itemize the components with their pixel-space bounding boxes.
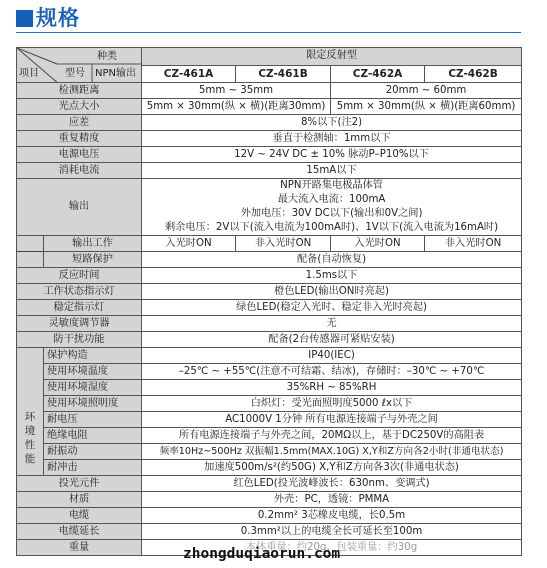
row-label: 重复精度 bbox=[17, 131, 142, 147]
row-value: –25℃ ~ +55℃(注意不可结霜、结冰)，存储时：–30℃ ~ +70℃ bbox=[142, 364, 522, 380]
row-cable: 电缆 0.2mm² 3芯橡皮电缆，长0.5m bbox=[17, 508, 522, 524]
row-value: 8%以下(注2) bbox=[142, 115, 522, 131]
row-value: 白炽灯：受光面照明度5000 ℓx以下 bbox=[142, 396, 522, 412]
row-value: 垂直于检测轴：1mm以下 bbox=[142, 131, 522, 147]
row-env-humidity: 使用环境湿度 35%RH ~ 85%RH bbox=[17, 380, 522, 396]
model-label: 型号 bbox=[65, 67, 85, 81]
row-label: 耐电压 bbox=[44, 412, 142, 428]
row-short-protection: 短路保护 配备(自动恢复) bbox=[17, 252, 522, 268]
row-label: 电源电压 bbox=[17, 147, 142, 163]
row-value: 无 bbox=[142, 316, 522, 332]
watermark-text: zhongduqiaorun.com bbox=[183, 546, 340, 562]
row-value: 配备(2台传感器可紧贴安装) bbox=[142, 332, 522, 348]
row-output: 输出 NPN开路集电极晶体管 最大流入电流：100mA 外加电压：30V DC以… bbox=[17, 179, 522, 236]
row-value: 红色LED(投光波峰波长：630nm、变调式) bbox=[142, 476, 522, 492]
output-group-spacer bbox=[17, 236, 44, 252]
row-value: 12V ~ 24V DC ± 10% 脉动P–P10%以下 bbox=[142, 147, 522, 163]
model-cz-461a: CZ-461A bbox=[142, 65, 236, 83]
row-label: 电缆延长 bbox=[17, 524, 142, 540]
row-label: 耐冲击 bbox=[44, 460, 142, 476]
output-line: 外加电压：30V DC以下(输出和0V之间) bbox=[144, 207, 519, 221]
row-env-vibration: 耐振动 频率10Hz~500Hz 双振幅1.5mm(MAX.10G) X,Y和Z… bbox=[17, 444, 522, 460]
row-value: 绿色LED(稳定入光时、稳定非入光时亮起) bbox=[142, 300, 522, 316]
row-label: 保护构造 bbox=[44, 348, 142, 364]
row-value: 20mm ~ 60mm bbox=[331, 83, 522, 99]
row-value: 非入光时ON bbox=[425, 236, 522, 252]
row-label: 灵敏度调节器 bbox=[17, 316, 142, 332]
row-material: 材质 外壳：PC，透镜：PMMA bbox=[17, 492, 522, 508]
env-char: 能 bbox=[19, 452, 41, 466]
row-env-shock: 耐冲击 加速度500m/s²(约50G) X,Y和Z方向各3次(非通电状态) bbox=[17, 460, 522, 476]
row-label: 电缆 bbox=[17, 508, 142, 524]
row-value: 入光时ON bbox=[142, 236, 236, 252]
row-value: 外壳：PC，透镜：PMMA bbox=[142, 492, 522, 508]
row-status-indicator: 工作状态指示灯 橙色LED(输出ON时亮起) bbox=[17, 284, 522, 300]
row-label: 短路保护 bbox=[44, 252, 142, 268]
row-label: 防干扰功能 bbox=[17, 332, 142, 348]
row-label: 输出 bbox=[17, 179, 142, 236]
row-value: IP40(IEC) bbox=[142, 348, 522, 364]
kind-value: 限定反射型 bbox=[142, 48, 522, 66]
row-sensitivity: 灵敏度调节器 无 bbox=[17, 316, 522, 332]
section-title-text: 规格 bbox=[36, 2, 80, 32]
row-value: 非入光时ON bbox=[236, 236, 331, 252]
env-char: 境 bbox=[19, 424, 41, 438]
row-value: 加速度500m/s²(约50G) X,Y和Z方向各3次(非通电状态) bbox=[142, 460, 522, 476]
row-interference: 防干扰功能 配备(2台传感器可紧贴安装) bbox=[17, 332, 522, 348]
row-value: 5mm × 30mm(纵 × 横)(距离30mm) bbox=[142, 99, 331, 115]
row-detect-distance: 检测距离 5mm ~ 35mm 20mm ~ 60mm bbox=[17, 83, 522, 99]
row-value: 15mA以下 bbox=[142, 163, 522, 179]
row-label: 光点大小 bbox=[17, 99, 142, 115]
row-value: 入光时ON bbox=[331, 236, 425, 252]
row-label: 使用环境温度 bbox=[44, 364, 142, 380]
row-env-withstand-voltage: 耐电压 AC1000V 1分钟 所有电源连接端子与外壳之间 bbox=[17, 412, 522, 428]
row-label: 绝缘电阻 bbox=[44, 428, 142, 444]
row-current: 消耗电流 15mA以下 bbox=[17, 163, 522, 179]
row-hysteresis: 应差 8%以下(注2) bbox=[17, 115, 522, 131]
row-env-insulation: 绝缘电阻 所有电源连接端子与外壳之间，20MΩ以上，基于DC250V的高阻表 bbox=[17, 428, 522, 444]
row-label: 消耗电流 bbox=[17, 163, 142, 179]
npn-output-label: NPN输出 bbox=[95, 67, 136, 81]
row-value: 35%RH ~ 85%RH bbox=[142, 380, 522, 396]
output-description: NPN开路集电极晶体管 最大流入电流：100mA 外加电压：30V DC以下(输… bbox=[142, 179, 522, 236]
env-char: 环 bbox=[19, 410, 41, 424]
env-char: 性 bbox=[19, 438, 41, 452]
row-repeatability: 重复精度 垂直于检测轴：1mm以下 bbox=[17, 131, 522, 147]
row-supply-voltage: 电源电压 12V ~ 24V DC ± 10% 脉动P–P10%以下 bbox=[17, 147, 522, 163]
output-group-spacer bbox=[17, 252, 44, 268]
row-cable-extension: 电缆延长 0.3mm²以上的电缆全长可延长至100m bbox=[17, 524, 522, 540]
item-label: 项目 bbox=[19, 67, 39, 81]
row-output-operation: 输出工作 入光时ON 非入光时ON 入光时ON 非入光时ON bbox=[17, 236, 522, 252]
row-label: 使用环境照明度 bbox=[44, 396, 142, 412]
row-value: 5mm ~ 35mm bbox=[142, 83, 331, 99]
row-value: 橙色LED(输出ON时亮起) bbox=[142, 284, 522, 300]
output-line: 最大流入电流：100mA bbox=[144, 193, 519, 207]
kind-label: 种类 bbox=[97, 50, 117, 64]
row-emitter: 投光元件 红色LED(投光波峰波长：630nm、变调式) bbox=[17, 476, 522, 492]
row-value: 1.5ms以下 bbox=[142, 268, 522, 284]
row-env-temperature: 使用环境温度 –25℃ ~ +55℃(注意不可结霜、结冰)，存储时：–30℃ ~… bbox=[17, 364, 522, 380]
output-line: NPN开路集电极晶体管 bbox=[144, 179, 519, 193]
row-label: 工作状态指示灯 bbox=[17, 284, 142, 300]
row-response-time: 反应时间 1.5ms以下 bbox=[17, 268, 522, 284]
environment-group-label: 环 境 性 能 bbox=[17, 348, 44, 476]
row-env-protection: 环 境 性 能 保护构造 IP40(IEC) bbox=[17, 348, 522, 364]
row-value: 频率10Hz~500Hz 双振幅1.5mm(MAX.10G) X,Y和Z方向各2… bbox=[142, 444, 522, 460]
row-value: AC1000V 1分钟 所有电源连接端子与外壳之间 bbox=[142, 412, 522, 428]
row-label: 检测距离 bbox=[17, 83, 142, 99]
spec-table: 种类 项目 型号 NPN输出 限定反射型 CZ-461A CZ-461B CZ-… bbox=[16, 47, 522, 556]
row-label: 使用环境湿度 bbox=[44, 380, 142, 396]
title-divider bbox=[16, 32, 521, 33]
row-value: 0.3mm²以上的电缆全长可延长至100m bbox=[142, 524, 522, 540]
row-label: 输出工作 bbox=[44, 236, 142, 252]
row-value: 5mm × 30mm(纵 × 横)(距离60mm) bbox=[331, 99, 522, 115]
header-corner-cell: 种类 项目 型号 NPN输出 bbox=[17, 48, 142, 83]
row-value: 所有电源连接端子与外壳之间，20MΩ以上，基于DC250V的高阻表 bbox=[142, 428, 522, 444]
row-env-illuminance: 使用环境照明度 白炽灯：受光面照明度5000 ℓx以下 bbox=[17, 396, 522, 412]
model-cz-462b: CZ-462B bbox=[425, 65, 522, 83]
row-label: 投光元件 bbox=[17, 476, 142, 492]
model-cz-461b: CZ-461B bbox=[236, 65, 331, 83]
row-label: 材质 bbox=[17, 492, 142, 508]
section-title: 规格 bbox=[16, 3, 80, 31]
title-square-icon bbox=[16, 10, 33, 27]
model-cz-462a: CZ-462A bbox=[331, 65, 425, 83]
row-stability-indicator: 稳定指示灯 绿色LED(稳定入光时、稳定非入光时亮起) bbox=[17, 300, 522, 316]
output-line: 剩余电压：2V以下(流入电流为100mA时)、1V以下(流入电流为16mA时) bbox=[144, 221, 519, 235]
row-label: 耐振动 bbox=[44, 444, 142, 460]
row-value: 0.2mm² 3芯橡皮电缆，长0.5m bbox=[142, 508, 522, 524]
row-label: 稳定指示灯 bbox=[17, 300, 142, 316]
row-value: 配备(自动恢复) bbox=[142, 252, 522, 268]
row-label: 反应时间 bbox=[17, 268, 142, 284]
row-label: 应差 bbox=[17, 115, 142, 131]
row-spot-size: 光点大小 5mm × 30mm(纵 × 横)(距离30mm) 5mm × 30m… bbox=[17, 99, 522, 115]
header-row-kind: 种类 项目 型号 NPN输出 限定反射型 bbox=[17, 48, 522, 66]
row-label: 重量 bbox=[17, 540, 142, 556]
